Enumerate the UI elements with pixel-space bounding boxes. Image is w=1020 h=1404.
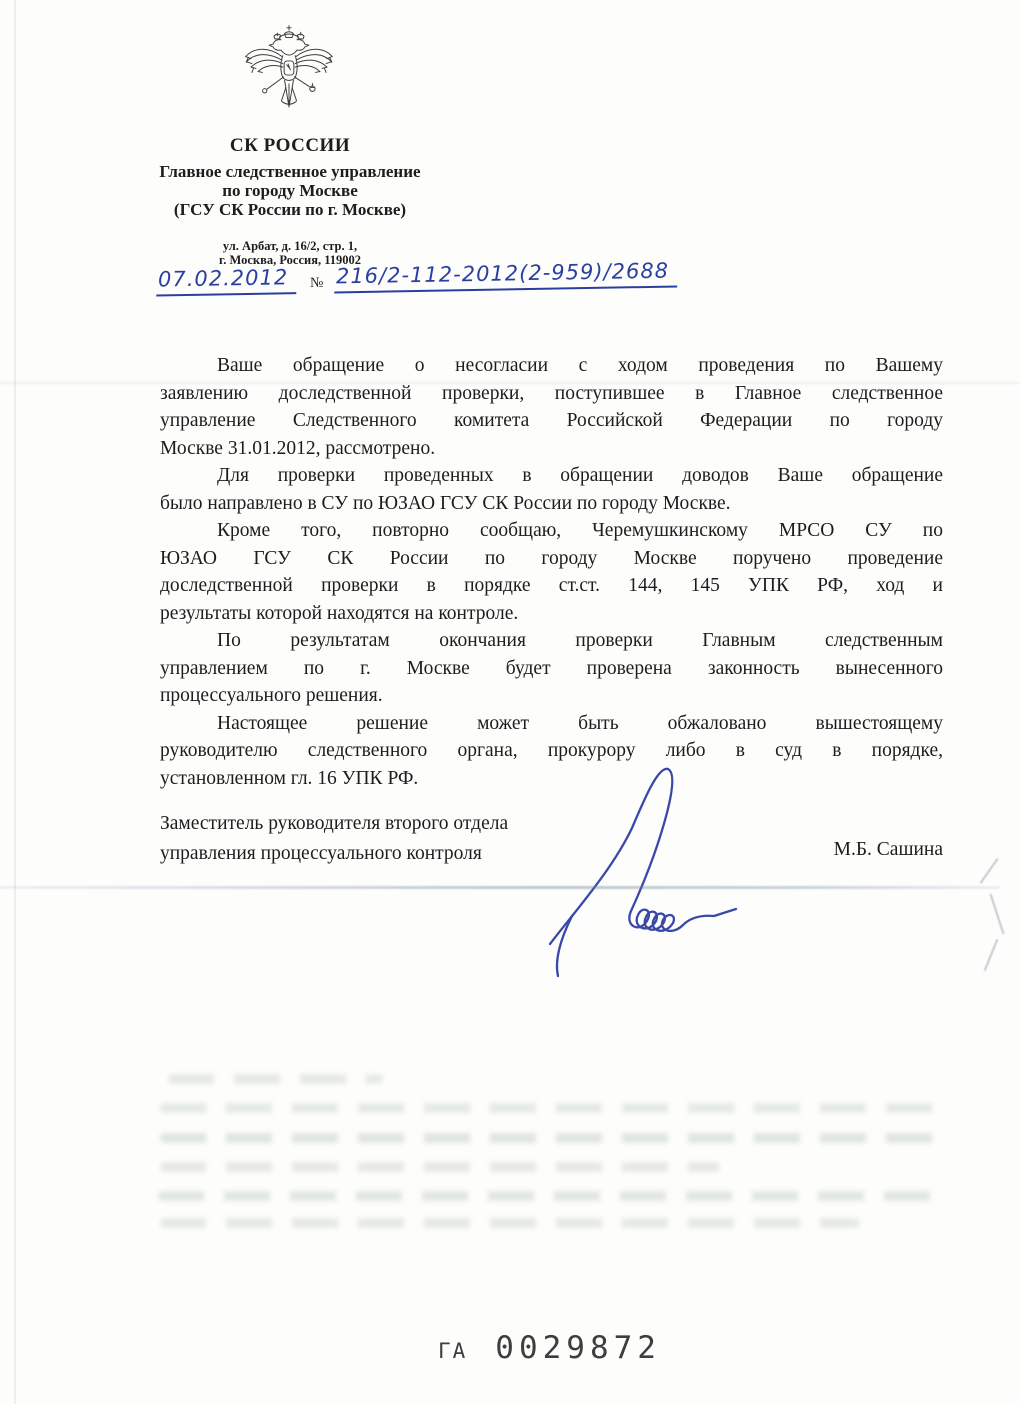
- body-line: процессуального решения.: [160, 682, 943, 710]
- letterhead: СК РОССИИ Главное следственное управлени…: [117, 135, 463, 267]
- signer-name: М.Б. Сашина: [810, 839, 943, 861]
- org-name: СК РОССИИ: [117, 135, 463, 157]
- body-line: ЮЗАО ГСУ СК России по городу Москве пору…: [160, 545, 943, 573]
- body-line: Ваше обращение о несогласии с ходом пров…: [160, 352, 943, 380]
- edge-wrinkle: [980, 858, 999, 884]
- edge-wrinkle: [990, 894, 1005, 935]
- body-line: доследственной проверки в порядке ст.ст.…: [160, 572, 943, 600]
- stamp-series: ГА: [438, 1339, 467, 1366]
- body-line: Для проверки проведенных в обращении дов…: [160, 462, 943, 490]
- handwritten-signature: [520, 748, 770, 983]
- body-line: По результатам окончания проверки Главны…: [160, 627, 943, 655]
- bleed-through-line: [168, 1074, 383, 1084]
- signer-title-line2: управления процессуального контроля: [160, 839, 508, 869]
- paper-crease-top: [0, 382, 1020, 384]
- signer-title-line1: Заместитель руководителя второго отдела: [160, 809, 508, 839]
- russian-coat-of-arms-icon: [236, 20, 342, 116]
- address-line1: ул. Арбат, д. 16/2, стр. 1,: [117, 240, 463, 254]
- signer-title-block: Заместитель руководителя второго отдела …: [160, 809, 508, 869]
- handwritten-number: 216/2-112-2012(2-959)/2688: [334, 258, 678, 293]
- letter-body: Ваше обращение о несогласии с ходом пров…: [160, 352, 943, 792]
- number-sign: №: [310, 276, 325, 291]
- body-line: Москве 31.01.2012, рассмотрено.: [160, 435, 943, 463]
- body-line: Кроме того, повторно сообщаю, Черемушкин…: [160, 517, 943, 545]
- edge-wrinkle: [984, 939, 999, 971]
- org-dept-line1: Главное следственное управление: [117, 162, 463, 181]
- body-line: управлением по г. Москве будет проверена…: [160, 655, 943, 683]
- stamp-number: 0029872: [495, 1330, 661, 1366]
- bleed-through-line: [160, 1103, 942, 1113]
- handwritten-date: 07.02.2012: [156, 265, 297, 296]
- form-serial-stamp: ГА 0029872: [438, 1330, 661, 1366]
- org-dept-line2: по городу Москве: [117, 181, 463, 200]
- bleed-through-line: [160, 1133, 948, 1143]
- org-abbrev: (ГСУ СК России по г. Москве): [117, 200, 463, 219]
- body-line: Настоящее решение может быть обжаловано …: [160, 710, 943, 738]
- scanned-letter-page: СК РОССИИ Главное следственное управлени…: [0, 0, 1020, 1404]
- scan-edge-line: [14, 0, 16, 1404]
- body-line: управление Следственного комитета Россий…: [160, 407, 943, 435]
- body-line: результаты которой находятся на контроле…: [160, 600, 943, 628]
- paper-fold-line: [0, 886, 1000, 889]
- bleed-through-line: [160, 1162, 720, 1172]
- bleed-through-line: [160, 1218, 860, 1228]
- body-line: было направлено в СУ по ЮЗАО ГСУ СК Росс…: [160, 490, 943, 518]
- bleed-through-line: [158, 1191, 944, 1201]
